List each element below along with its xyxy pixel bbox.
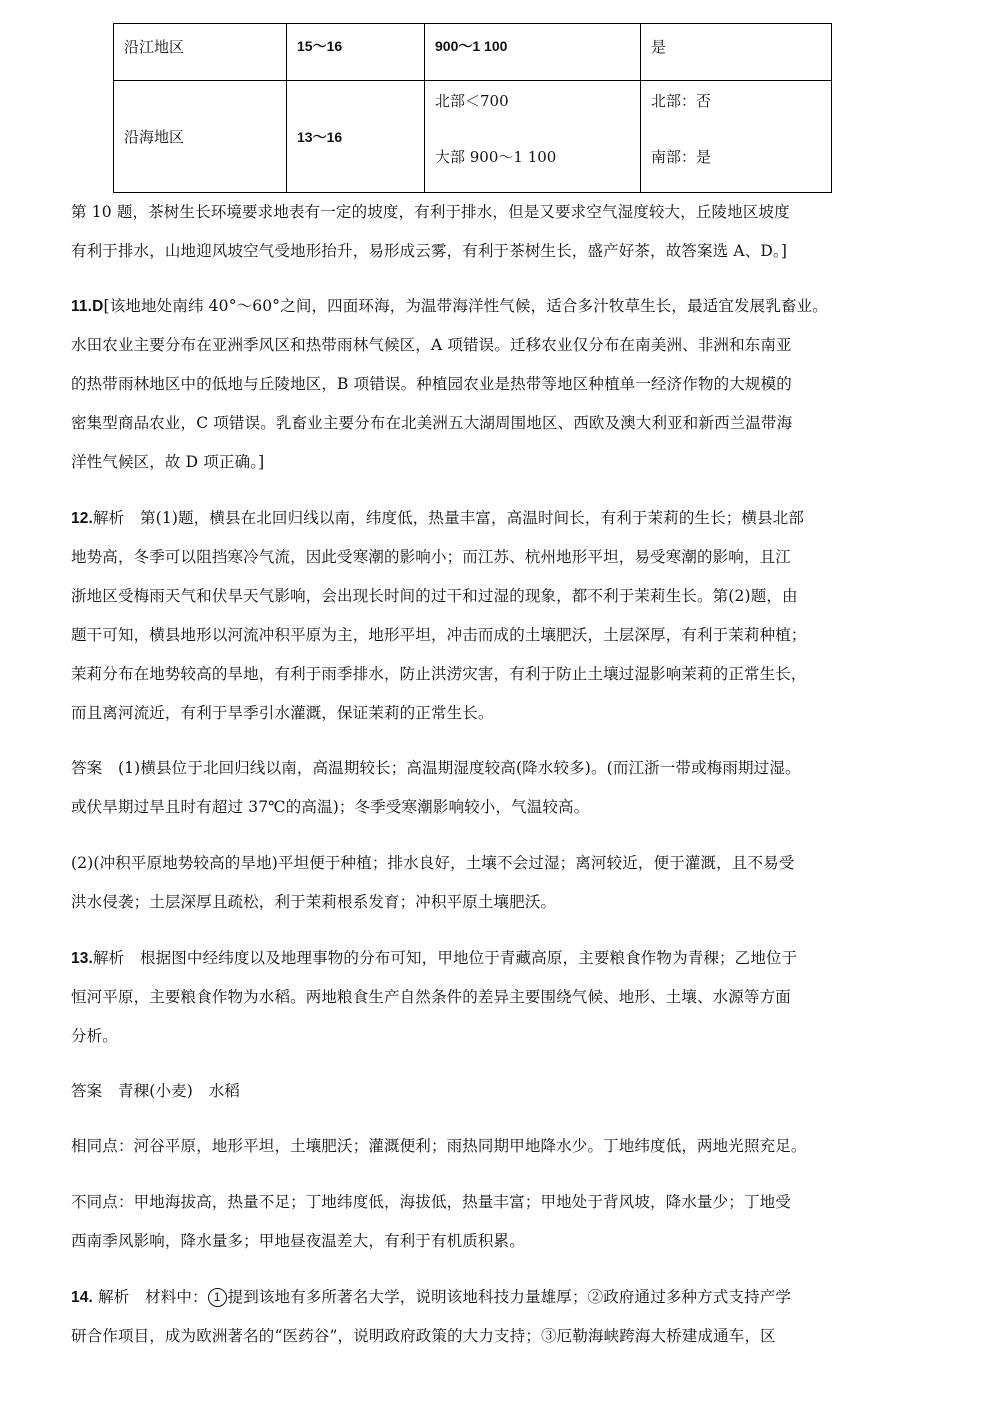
- text-line: 恒河平原，主要粮食作物为水稻。两地粮食生产自然条件的差异主要围绕气候、地形、土壤…: [71, 978, 876, 1017]
- answer-label: 答案: [71, 1082, 102, 1100]
- table-row: 沿海地区 13～16 北部＜700 大部 900～1 100 北部：否 南部：是: [114, 81, 832, 193]
- region-cell: 沿海地区: [114, 81, 287, 193]
- circled-number-one: 1: [208, 1288, 227, 1307]
- answer-label: 答案: [71, 759, 102, 777]
- text-line: 地势高，冬季可以阻挡寒冷气流，因此受寒潮的影响小；而江苏、杭州地形平坦，易受寒潮…: [71, 538, 876, 577]
- text-line: 提到该地有多所著名大学，说明该地科技力量雄厚；②政府通过多种方式支持产学: [228, 1288, 791, 1306]
- text-line: 分析。: [71, 1017, 876, 1056]
- table-row: 沿江地区 15～16 900～1 100 是: [114, 24, 832, 81]
- text-line: 材料中：: [145, 1288, 208, 1306]
- q13-differences: 不同点：甲地海拔高，热量不足；丁地纬度低，海拔低，热量丰富；甲地处于背风坡，降水…: [71, 1183, 876, 1261]
- question-number: 13.: [71, 950, 93, 967]
- text-line: 根据图中经纬度以及地理事物的分布可知，甲地位于青藏高原，主要粮食作物为青稞；乙地…: [140, 949, 797, 967]
- text-line: 浙地区受梅雨天气和伏旱天气影响，会出现长时间的过干和过湿的现象，都不利于茉莉生长…: [71, 577, 876, 616]
- text-line: (2)(冲积平原地势较高的旱地)平坦便于种植；排水良好，土壤不会过湿；离河较近，…: [71, 844, 876, 883]
- text-line: 不同点：甲地海拔高，热量不足；丁地纬度低，海拔低，热量丰富；甲地处于背风坡，降水…: [71, 1183, 876, 1222]
- suitable-south: 南部：是: [651, 147, 821, 167]
- text-line: [该地地处南纬 40°～60°之间，四面环海，为温带海洋性气候，适合多汁牧草生长…: [104, 297, 828, 315]
- text-line: 的热带雨林地区中的低地与丘陵地区，B 项错误。种植园农业是热带等地区种植单一经济…: [71, 365, 876, 404]
- q11-explanation: 11.D[该地地处南纬 40°～60°之间，四面环海，为温带海洋性气候，适合多汁…: [71, 287, 876, 482]
- climate-table: 沿江地区 15～16 900～1 100 是 沿海地区 13～16 北部＜700…: [113, 23, 832, 193]
- precipitation-north: 北部＜700: [435, 91, 630, 111]
- analysis-label: 解析: [93, 949, 124, 967]
- q10-explanation: 第 10 题，茶树生长环境要求地表有一定的坡度，有利于排水，但是又要求空气湿度较…: [71, 193, 876, 271]
- question-number: 14.: [71, 1289, 93, 1306]
- q13-similarities: 相同点：河谷平原，地形平坦，土壤肥沃；灌溉便利；雨热同期甲地降水少。丁地纬度低，…: [71, 1127, 876, 1166]
- text-line: 或伏旱期过旱且时有超过 37℃的高温)；冬季受寒潮影响较小，气温较高。: [71, 788, 876, 827]
- text-line: 研合作项目，成为欧洲著名的“医药谷”，说明政府政策的大力支持；③厄勒海峡跨海大桥…: [71, 1317, 876, 1356]
- q12-answer-2: (2)(冲积平原地势较高的旱地)平坦便于种植；排水良好，土壤不会过湿；离河较近，…: [71, 844, 876, 922]
- text-line: 有利于排水，山地迎风坡空气受地形抬升，易形成云雾，有利于茶树生长，盛产好茶，故答…: [71, 232, 876, 271]
- text-line: 而且离河流近，有利于旱季引水灌溉，保证茉莉的正常生长。: [71, 694, 876, 733]
- question-number: 11.D: [71, 298, 104, 315]
- temperature-cell: 15～16: [287, 24, 425, 81]
- text-line: 相同点：河谷平原，地形平坦，土壤肥沃；灌溉便利；雨热同期甲地降水少。丁地纬度低，…: [71, 1127, 876, 1166]
- text-line: 题干可知，横县地形以河流冲积平原为主，地形平坦，冲击而成的土壤肥沃，土层深厚，有…: [71, 616, 876, 655]
- text-line: 茉莉分布在地势较高的旱地，有利于雨季排水，防止洪涝灾害，有利于防止土壤过湿影响茉…: [71, 655, 876, 694]
- precipitation-main: 大部 900～1 100: [435, 147, 630, 167]
- text-line: 第(1)题，横县在北回归线以南，纬度低，热量丰富，高温时间长，有利于茉莉的生长；…: [140, 509, 804, 527]
- text-line: (1)横县位于北回归线以南，高温期较长；高温期湿度较高(降水较多)。(而江浙一带…: [118, 759, 801, 777]
- q13-analysis: 13.解析 根据图中经纬度以及地理事物的分布可知，甲地位于青藏高原，主要粮食作物…: [71, 939, 876, 1056]
- q12-answer-1: 答案 (1)横县位于北回归线以南，高温期较长；高温期湿度较高(降水较多)。(而江…: [71, 749, 876, 827]
- text-line: 西南季风影响，降水量多；甲地昼夜温差大，有利于有机质积累。: [71, 1222, 876, 1261]
- text-line: 洪水侵袭；土层深厚且疏松，利于茉莉根系发育；冲积平原土壤肥沃。: [71, 883, 876, 922]
- suitable-cell: 北部：否 南部：是: [641, 81, 832, 193]
- suitable-cell: 是: [641, 24, 832, 81]
- text-line: 第 10 题，茶树生长环境要求地表有一定的坡度，有利于排水，但是又要求空气湿度较…: [71, 193, 876, 232]
- temperature-cell: 13～16: [287, 81, 425, 193]
- precipitation-cell: 北部＜700 大部 900～1 100: [425, 81, 641, 193]
- text-line: 水田农业主要分布在亚洲季风区和热带雨林气候区，A 项错误。迁移农业仅分布在南美洲…: [71, 326, 876, 365]
- answer-text: 青稞(小麦) 水稻: [118, 1082, 240, 1100]
- suitable-north: 北部：否: [651, 91, 821, 111]
- q14-analysis: 14. 解析 材料中：1提到该地有多所著名大学，说明该地科技力量雄厚；②政府通过…: [71, 1278, 876, 1356]
- q13-answer: 答案 青稞(小麦) 水稻: [71, 1072, 876, 1111]
- precipitation-cell: 900～1 100: [425, 24, 641, 81]
- analysis-label: 解析: [93, 509, 124, 527]
- text-line: 洋性气候区，故 D 项正确。]: [71, 443, 876, 482]
- analysis-label: 解析: [98, 1288, 129, 1306]
- question-number: 12.: [71, 510, 93, 527]
- text-line: 密集型商品农业，C 项错误。乳畜业主要分布在北美洲五大湖周围地区、西欧及澳大利亚…: [71, 404, 876, 443]
- region-cell: 沿江地区: [114, 24, 287, 81]
- q12-analysis: 12.解析 第(1)题，横县在北回归线以南，纬度低，热量丰富，高温时间长，有利于…: [71, 499, 876, 733]
